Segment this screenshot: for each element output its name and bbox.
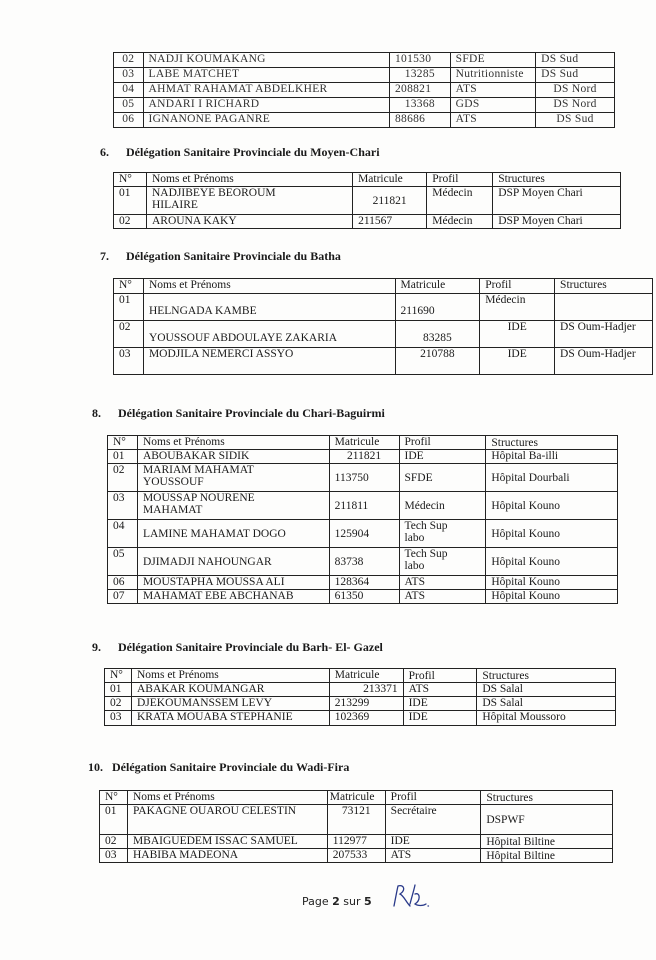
row-name: IGNANONE PAGANRE (143, 113, 389, 128)
row-structure: Hôpital Ba-illi (486, 450, 618, 464)
section-number: 8. (92, 406, 118, 421)
column-header: Matricule (395, 279, 480, 294)
column-header: Structures (555, 279, 653, 294)
row-name: MARIAM MAHAMAT YOUSSOUF (137, 464, 329, 492)
column-header: Matricule (327, 791, 385, 805)
table-row: 01 PAKAGNE OUAROU CELESTIN 73121 Secréta… (100, 805, 613, 835)
column-header: Noms et Prénoms (143, 279, 395, 294)
table-row: 02 NADJI KOUMAKANG 101530 SFDE DS Sud (114, 53, 615, 68)
row-structure: DS Sud (536, 53, 615, 68)
row-name: DJIMADJI NAHOUNGAR (137, 548, 329, 576)
row-name: NADJIBEYE BEOROUM HILAIRE (146, 187, 352, 215)
table-row: 03 KRATA MOUABA STEPHANIE 102369 IDE Hôp… (105, 711, 616, 726)
section-title: Délégation Sanitaire Provinciale du Barh… (118, 640, 383, 654)
row-structure: DS Nord (536, 98, 615, 113)
table-row: 01 NADJIBEYE BEOROUM HILAIRE 211821 Méde… (114, 187, 621, 215)
row-profil: Médecin (427, 215, 493, 229)
row-name: MODJILA NEMERCI ASSYO (143, 348, 395, 375)
row-structure: DS Nord (536, 83, 615, 98)
table-row: 06 IGNANONE PAGANRE 88686 ATS DS Sud (114, 113, 615, 128)
total-pages: 5 (364, 895, 372, 908)
row-profil: IDE (403, 711, 477, 726)
row-matricule: 113750 (329, 464, 399, 492)
table-row: 03 MOUSSAP NOURENE MAHAMAT 211811 Médeci… (108, 492, 618, 520)
column-header: N° (114, 173, 147, 187)
row-matricule: 128364 (329, 576, 399, 590)
row-number: 07 (108, 590, 138, 604)
row-number: 01 (100, 805, 128, 835)
row-matricule: 61350 (329, 590, 399, 604)
row-structure: DSP Moyen Chari (493, 187, 621, 215)
section-heading-chari-baguirmi: 8.Délégation Sanitaire Provinciale du Ch… (92, 406, 385, 421)
table-row: 02 MBAIGUEDEM ISSAC SAMUEL 112977 IDE Hô… (100, 835, 613, 849)
table-row: 04 AHMAT RAHAMAT ABDELKHER 208821 ATS DS… (114, 83, 615, 98)
row-number: 02 (114, 215, 147, 229)
row-structure: DSPWF (481, 805, 613, 835)
row-name: MOUSTAPHA MOUSSA ALI (137, 576, 329, 590)
table-header-row: N° Noms et Prénoms Matricule Profil Stru… (114, 279, 653, 294)
section-heading-batha: 7.Délégation Sanitaire Provinciale du Ba… (100, 249, 341, 264)
row-name: KRATA MOUABA STEPHANIE (131, 711, 329, 726)
row-name: ANDARI I RICHARD (143, 98, 389, 113)
table-header-row: N° Noms et Prénoms Matricule Profil Stru… (100, 791, 613, 805)
column-header: Noms et Prénoms (137, 436, 329, 450)
footer-sep: sur (343, 895, 360, 908)
row-name: HABIBA MADEONA (127, 849, 327, 863)
row-profil: IDE (403, 697, 477, 711)
column-header: Structures (486, 436, 618, 450)
row-matricule: 211821 (353, 187, 427, 215)
row-matricule: 13285 (389, 68, 450, 83)
table-row: 05 ANDARI I RICHARD 13368 GDS DS Nord (114, 98, 615, 113)
row-structure: DS Salal (477, 683, 616, 697)
column-header: Structures (477, 669, 616, 683)
row-profil: SFDE (450, 53, 536, 68)
row-name: AROUNA KAKY (146, 215, 352, 229)
row-structure: Hôpital Kouno (486, 492, 618, 520)
row-number: 01 (105, 683, 132, 697)
row-profil: Médecin (480, 294, 555, 321)
column-header: Noms et Prénoms (146, 173, 352, 187)
row-number: 05 (108, 548, 138, 576)
row-matricule: 13368 (389, 98, 450, 113)
section-heading-moyen-chari: 6.Délégation Sanitaire Provinciale du Mo… (100, 145, 380, 160)
row-number: 06 (114, 113, 144, 128)
row-name: MBAIGUEDEM ISSAC SAMUEL (127, 835, 327, 849)
row-profil: Tech Sup labo (399, 520, 486, 548)
row-structure: Hôpital Kouno (486, 590, 618, 604)
table-row: 03 LABE MATCHET 13285 Nutritionniste DS … (114, 68, 615, 83)
document-page: 02 NADJI KOUMAKANG 101530 SFDE DS Sud 03… (0, 0, 656, 960)
section-heading-barh-el-gazel: 9.Délégation Sanitaire Provinciale du Ba… (92, 640, 383, 655)
row-profil: ATS (385, 849, 481, 863)
row-matricule: 101530 (389, 53, 450, 68)
staff-table-moyen-chari: N° Noms et Prénoms Matricule Profil Stru… (113, 172, 621, 229)
table-row: 06 MOUSTAPHA MOUSSA ALI 128364 ATS Hôpit… (108, 576, 618, 590)
table-header-row: N° Noms et Prénoms Matricule Profil Stru… (114, 173, 621, 187)
row-matricule: 211567 (353, 215, 427, 229)
row-structure: Hôpital Biltine (481, 849, 613, 863)
row-matricule: 211811 (329, 492, 399, 520)
row-matricule: 73121 (327, 805, 385, 835)
row-matricule: 125904 (329, 520, 399, 548)
row-profil: SFDE (399, 464, 486, 492)
row-matricule: 213299 (329, 697, 403, 711)
staff-table-continuation: 02 NADJI KOUMAKANG 101530 SFDE DS Sud 03… (113, 52, 615, 128)
row-number: 02 (100, 835, 128, 849)
row-number: 03 (108, 492, 138, 520)
row-profil: IDE (385, 835, 481, 849)
row-name: PAKAGNE OUAROU CELESTIN (127, 805, 327, 835)
column-header: N° (108, 436, 138, 450)
section-title: Délégation Sanitaire Provinciale du Wadi… (112, 760, 349, 774)
row-profil: GDS (450, 98, 536, 113)
table-row: 04 LAMINE MAHAMAT DOGO 125904 Tech Sup l… (108, 520, 618, 548)
current-page: 2 (332, 895, 340, 908)
row-name: LABE MATCHET (143, 68, 389, 83)
section-title: Délégation Sanitaire Provinciale du Char… (118, 406, 385, 420)
row-structure (555, 294, 653, 321)
row-structure: DS Sud (536, 68, 615, 83)
row-matricule: 211690 (395, 294, 480, 321)
row-profil: Nutritionniste (450, 68, 536, 83)
section-number: 9. (92, 640, 118, 655)
row-matricule: 213371 (329, 683, 403, 697)
row-name: MOUSSAP NOURENE MAHAMAT (137, 492, 329, 520)
row-profil: ATS (399, 590, 486, 604)
row-name: NADJI KOUMAKANG (143, 53, 389, 68)
row-number: 02 (114, 53, 144, 68)
staff-table-chari-baguirmi: N° Noms et Prénoms Matricule Profil Stru… (107, 435, 618, 604)
row-profil: ATS (450, 113, 536, 128)
staff-table-barh-el-gazel: N° Noms et Prénoms Matricule Profil Stru… (104, 668, 616, 726)
table-row: 01 HELNGADA KAMBE 211690 Médecin (114, 294, 653, 321)
table-row: 02 MARIAM MAHAMAT YOUSSOUF 113750 SFDE H… (108, 464, 618, 492)
row-name: HELNGADA KAMBE (143, 294, 395, 321)
row-matricule: 211821 (329, 450, 399, 464)
table-row: 01 ABOUBAKAR SIDIK 211821 IDE Hôpital Ba… (108, 450, 618, 464)
column-header: N° (105, 669, 132, 683)
section-number: 6. (100, 145, 126, 160)
row-structure: DS Oum-Hadjer (555, 321, 653, 348)
row-name: YOUSSOUF ABDOULAYE ZAKARIA (143, 321, 395, 348)
section-heading-wadi-fira: 10.Délégation Sanitaire Provinciale du W… (88, 760, 349, 775)
row-profil: ATS (399, 576, 486, 590)
row-name: LAMINE MAHAMAT DOGO (137, 520, 329, 548)
column-header: Profil (480, 279, 555, 294)
column-header: Noms et Prénoms (127, 791, 327, 805)
row-structure: DSP Moyen Chari (493, 215, 621, 229)
row-matricule: 83738 (329, 548, 399, 576)
column-header: N° (114, 279, 144, 294)
row-number: 01 (114, 187, 147, 215)
table-row: 01 ABAKAR KOUMANGAR 213371 ATS DS Salal (105, 683, 616, 697)
row-structure: DS Oum-Hadjer (555, 348, 653, 375)
page-footer: Page 2 sur 5 (302, 895, 372, 908)
table-header-row: N° Noms et Prénoms Matricule Profil Stru… (105, 669, 616, 683)
row-matricule: 210788 (395, 348, 480, 375)
signature-initials-icon (388, 882, 432, 912)
row-structure: Hôpital Moussoro (477, 711, 616, 726)
table-row: 02 DJEKOUMANSSEM LEVY 213299 IDE DS Sala… (105, 697, 616, 711)
column-header: Matricule (329, 669, 403, 683)
row-matricule: 207533 (327, 849, 385, 863)
section-title: Délégation Sanitaire Provinciale du Bath… (126, 249, 341, 263)
row-number: 01 (108, 450, 138, 464)
row-profil: ATS (403, 683, 477, 697)
column-header: Matricule (353, 173, 427, 187)
row-matricule: 112977 (327, 835, 385, 849)
section-number: 10. (88, 760, 112, 775)
row-profil: IDE (399, 450, 486, 464)
row-number: 02 (114, 321, 144, 348)
row-profil: ATS (450, 83, 536, 98)
row-name: AHMAT RAHAMAT ABDELKHER (143, 83, 389, 98)
footer-prefix: Page (302, 895, 329, 908)
row-number: 03 (105, 711, 132, 726)
row-name: DJEKOUMANSSEM LEVY (131, 697, 329, 711)
staff-table-wadi-fira: N° Noms et Prénoms Matricule Profil Stru… (99, 790, 613, 863)
row-number: 06 (108, 576, 138, 590)
row-structure: Hôpital Kouno (486, 548, 618, 576)
column-header: Structures (493, 173, 621, 187)
column-header: Matricule (329, 436, 399, 450)
row-profil: IDE (480, 348, 555, 375)
row-number: 03 (100, 849, 128, 863)
column-header: N° (100, 791, 128, 805)
section-number: 7. (100, 249, 126, 264)
row-name: MAHAMAT EBE ABCHANAB (137, 590, 329, 604)
row-number: 03 (114, 348, 144, 375)
column-header: Profil (399, 436, 486, 450)
table-row: 03 HABIBA MADEONA 207533 ATS Hôpital Bil… (100, 849, 613, 863)
row-profil: Médecin (427, 187, 493, 215)
column-header: Structures (481, 791, 613, 805)
row-structure: DS Salal (477, 697, 616, 711)
row-number: 02 (105, 697, 132, 711)
column-header: Profil (427, 173, 493, 187)
table-row: 02 AROUNA KAKY 211567 Médecin DSP Moyen … (114, 215, 621, 229)
row-structure: Hôpital Dourbali (486, 464, 618, 492)
table-row: 07 MAHAMAT EBE ABCHANAB 61350 ATS Hôpita… (108, 590, 618, 604)
row-structure: Hôpital Kouno (486, 520, 618, 548)
table-row: 03 MODJILA NEMERCI ASSYO 210788 IDE DS O… (114, 348, 653, 375)
row-number: 03 (114, 68, 144, 83)
row-number: 05 (114, 98, 144, 113)
row-matricule: 83285 (395, 321, 480, 348)
row-structure: Hôpital Kouno (486, 576, 618, 590)
section-title: Délégation Sanitaire Provinciale du Moye… (126, 145, 380, 159)
row-number: 02 (108, 464, 138, 492)
row-profil: IDE (480, 321, 555, 348)
row-profil: Secrétaire (385, 805, 481, 835)
column-header: Noms et Prénoms (131, 669, 329, 683)
row-structure: Hôpital Biltine (481, 835, 613, 849)
row-number: 04 (114, 83, 144, 98)
table-header-row: N° Noms et Prénoms Matricule Profil Stru… (108, 436, 618, 450)
row-name: ABAKAR KOUMANGAR (131, 683, 329, 697)
staff-table-batha: N° Noms et Prénoms Matricule Profil Stru… (113, 278, 653, 375)
row-matricule: 208821 (389, 83, 450, 98)
row-structure: DS Sud (536, 113, 615, 128)
row-matricule: 88686 (389, 113, 450, 128)
row-profil: Tech Sup labo (399, 548, 486, 576)
column-header: Profil (403, 669, 477, 683)
column-header: Profil (385, 791, 481, 805)
row-number: 01 (114, 294, 144, 321)
table-row: 02 YOUSSOUF ABDOULAYE ZAKARIA 83285 IDE … (114, 321, 653, 348)
row-name: ABOUBAKAR SIDIK (137, 450, 329, 464)
row-profil: Médecin (399, 492, 486, 520)
table-row: 05 DJIMADJI NAHOUNGAR 83738 Tech Sup lab… (108, 548, 618, 576)
row-number: 04 (108, 520, 138, 548)
row-matricule: 102369 (329, 711, 403, 726)
